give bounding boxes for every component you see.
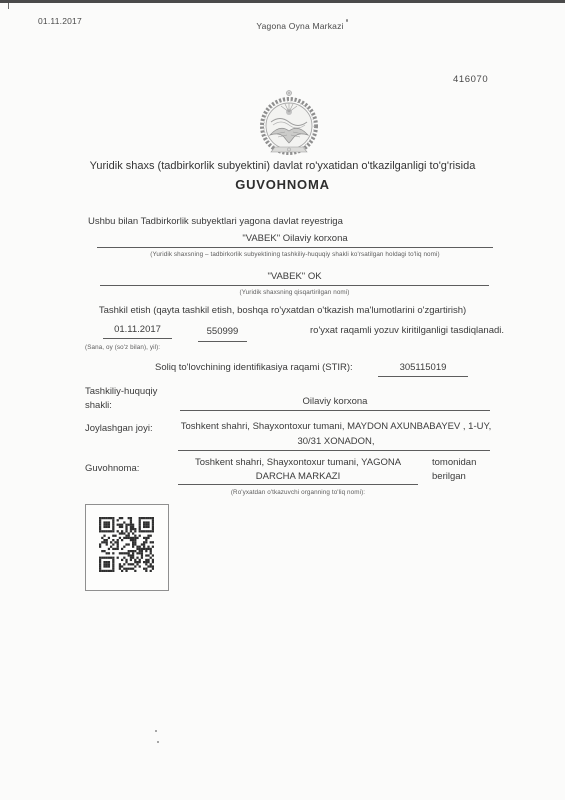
issued-by-line1: tomonidan bbox=[432, 457, 476, 468]
underline bbox=[100, 285, 489, 286]
legal-form-value: Oilaviy korxona bbox=[180, 396, 490, 407]
address-label: Joylashgan joyi: bbox=[85, 423, 153, 434]
scan-top-edge-line bbox=[0, 0, 565, 3]
stir-label: Soliq to'lovchining identifikasiya raqam… bbox=[155, 362, 353, 373]
registration-date: 01.11.2017 bbox=[103, 324, 172, 335]
scan-date: 01.11.2017 bbox=[38, 16, 82, 26]
registry-intro: Ushbu bilan Tadbirkorlik subyektlari yag… bbox=[88, 216, 343, 227]
document-subtitle: GUVOHNOMA bbox=[0, 177, 565, 192]
registration-number: 550999 bbox=[198, 326, 247, 337]
document-title: Yuridik shaxs (tadbirkorlik subyektini) … bbox=[0, 160, 565, 172]
registration-confirmation: ro'yxat raqamli yozuv kiritilganligi tas… bbox=[310, 325, 504, 336]
certificate-issuer-line1: Toshkent shahri, Shayxontoxur tumani, YA… bbox=[178, 457, 418, 468]
qr-code bbox=[99, 517, 154, 572]
certificate-label: Guvohnoma: bbox=[85, 463, 139, 474]
scan-speck bbox=[155, 730, 157, 732]
certificate-issuer-line2: DARCHA MARKAZI bbox=[178, 471, 418, 482]
underline bbox=[103, 338, 172, 339]
serial-number: 416070 bbox=[453, 74, 488, 85]
scan-corner-tick bbox=[8, 3, 9, 9]
entity-short-name: "VABEK" OK bbox=[100, 271, 489, 282]
underline bbox=[378, 376, 468, 377]
stir-value: 305115019 bbox=[378, 362, 468, 373]
certificate-caption: (Ro'yxatdan o'tkazuvchi organning to'liq… bbox=[178, 489, 418, 496]
issued-by-line2: berilgan bbox=[432, 471, 466, 482]
short-name-caption: (Yuridik shaxsning qisqartirilgan nomi) bbox=[100, 289, 489, 296]
full-name-caption: (Yuridik shaxsning – tadbirkorlik subyek… bbox=[97, 251, 493, 258]
center-header: Yagona Oyna Markazi bbox=[210, 21, 390, 31]
address-value-line1: Toshkent shahri, Shayxontoxur tumani, MA… bbox=[178, 421, 494, 432]
date-caption: (Sana, oy (so'z bilan), yil): bbox=[85, 344, 160, 351]
scan-speck bbox=[157, 741, 159, 743]
underline bbox=[178, 450, 490, 451]
scanned-certificate-page: { "page": { "scan_date": "01.11.2017", "… bbox=[0, 0, 565, 800]
address-value-line2: 30/31 XONADON, bbox=[178, 436, 494, 447]
legal-form-label: Tashkiliy-huquqiy bbox=[85, 386, 157, 397]
legal-form-label-2: shakli: bbox=[85, 400, 112, 411]
entity-full-name: "VABEK" Oilaviy korxona bbox=[97, 233, 493, 244]
uzbekistan-emblem-icon bbox=[247, 88, 331, 156]
underline bbox=[178, 484, 418, 485]
registration-action-line: Tashkil etish (qayta tashkil etish, bosh… bbox=[0, 305, 565, 316]
underline bbox=[97, 247, 493, 248]
underline bbox=[198, 341, 247, 342]
underline bbox=[180, 410, 490, 411]
